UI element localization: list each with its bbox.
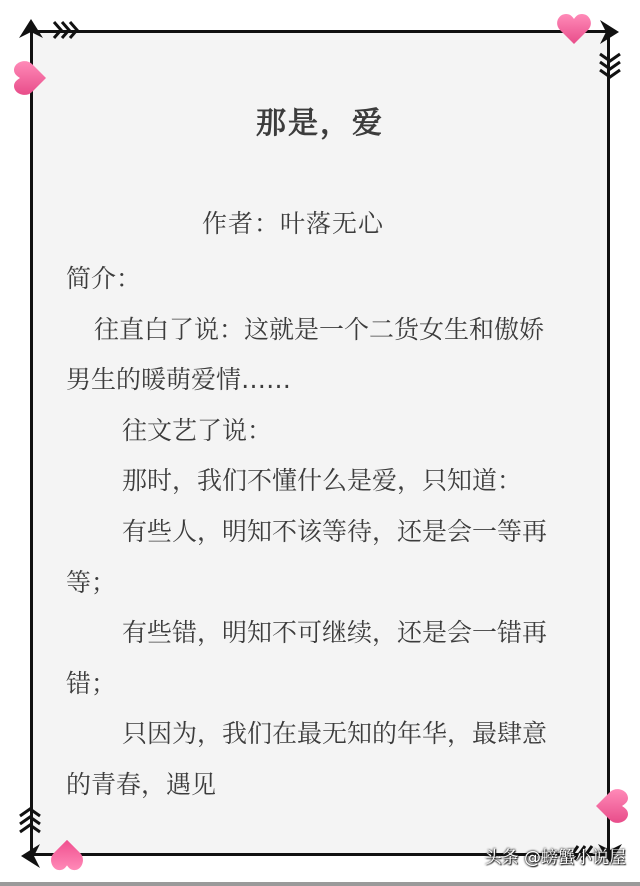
text-line: 往直白了说：这就是一个二货女生和傲娇 (66, 305, 588, 356)
text-line: 简介： (66, 254, 588, 305)
text-line: 那时，我们不懂什么是爱，只知道： (66, 456, 588, 507)
text-line: 只因为，我们在最无知的年华，最肆意 (66, 709, 588, 760)
arrow-up-icon (16, 18, 46, 40)
text-line: 往文艺了说： (66, 406, 588, 457)
text-line: 有些错，明知不可继续，还是会一错再 (66, 608, 588, 659)
heart-icon (12, 60, 48, 96)
arrow-right-icon (598, 19, 620, 45)
bottom-divider (0, 882, 640, 886)
heart-icon (50, 838, 84, 872)
text-line: 有些人，明知不该等待，还是会一等再 (66, 507, 588, 558)
heart-icon (594, 788, 630, 824)
arrow-left-icon (20, 843, 42, 869)
author-line: 作者：叶落无心 (202, 204, 384, 240)
page-title: 那是，爱 (0, 98, 640, 142)
fletching-icon (18, 806, 42, 834)
text-line: 错； (66, 659, 588, 710)
synopsis-text: 简介： 往直白了说：这就是一个二货女生和傲娇 男生的暖萌爱情…… 往文艺了说： … (66, 254, 588, 811)
heart-icon (556, 12, 592, 46)
text-line: 男生的暖萌爱情…… (66, 355, 588, 406)
fletching-icon (52, 20, 80, 40)
watermark: 头条 @螃蟹小说屋 (485, 843, 626, 868)
text-line: 的青春，遇见 (66, 760, 588, 811)
fletching-icon (598, 52, 622, 80)
text-line: 等； (66, 558, 588, 609)
